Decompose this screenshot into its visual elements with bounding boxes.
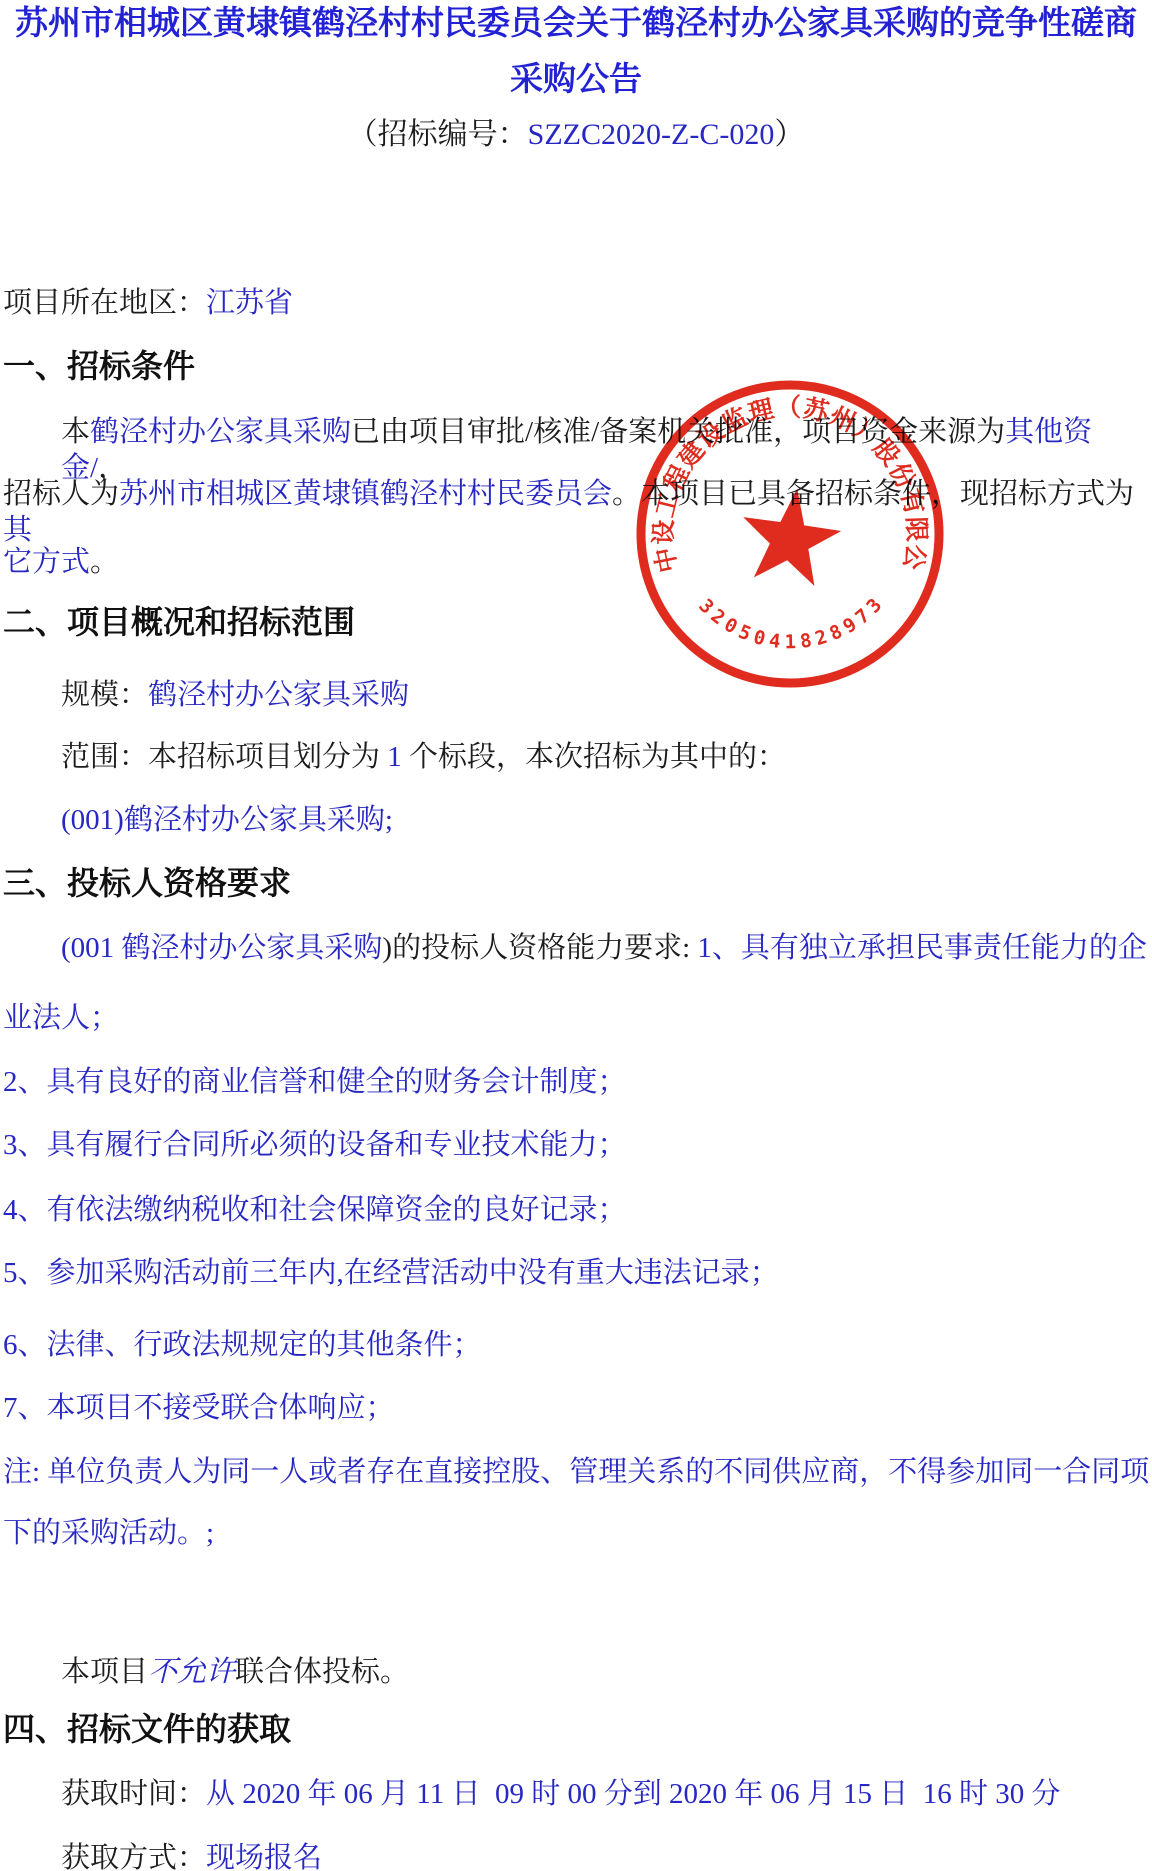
qualification-item6: 6、法律、行政法规规定的其他条件； [3, 1327, 1150, 1363]
text-run: )的投标人资格能力要求: [382, 932, 697, 964]
text-run: 下的采购活动。; [3, 1517, 214, 1549]
text-run: 1 [387, 741, 402, 773]
text-run: 它方式 [3, 546, 90, 578]
tender-reference-line: （招标编号：SZZC2020-Z-C-020） [0, 116, 1152, 154]
text-run: SZZC2020-Z-C-020 [528, 118, 775, 151]
text-run: 已由项目审批/核准/备案机关批准，项目资金来源为 [351, 416, 1005, 448]
conditions-paragraph-line3: 它方式。 [3, 544, 1150, 580]
text-run: 鹤泾村办公家具采购 [148, 679, 409, 711]
text-run: (001 鹤泾村办公家具采购 [61, 932, 382, 964]
qualification-note-line1: 注: 单位负责人为同一人或者存在直接控股、管理关系的不同供应商，不得参加同一合同… [3, 1454, 1150, 1490]
text-run: 获取方式： [61, 1842, 206, 1871]
project-location-line: 项目所在地区：江苏省 [3, 285, 1150, 321]
qualification-note-line2: 下的采购活动。; [3, 1515, 1150, 1551]
text-run: 。 [90, 546, 119, 578]
text-run: 联合体投标。 [235, 1656, 409, 1688]
doc-title-line2: 采购公告 [0, 58, 1152, 99]
procurement-announcement-page: 苏州市相城区黄埭镇鹤泾村村民委员会关于鹤泾村办公家具采购的竞争性磋商 采购公告 … [0, 0, 1152, 1871]
text-run: 6、法律、行政法规规定的其他条件； [3, 1329, 482, 1361]
text-run: 4、有依法缴纳税收和社会保障资金的良好记录； [3, 1194, 627, 1226]
section-2-heading: 二、项目概况和招标范围 [3, 602, 1150, 642]
section-1-heading: 一、招标条件 [3, 346, 1150, 386]
conditions-paragraph-line2: 招标人为苏州市相城区黄埭镇鹤泾村村民委员会。本项目已具备招标条件，现招标方式为其 [3, 476, 1150, 549]
acquisition-time-line: 获取时间：从 2020 年 06 月 11 日 09 时 00 分到 2020 … [3, 1776, 1150, 1812]
text-run: ） [774, 118, 804, 151]
text-run: 本项目 [61, 1656, 148, 1688]
text-run: 江苏省 [206, 287, 293, 319]
text-run: 其 [3, 514, 32, 546]
lot-line: (001)鹤泾村办公家具采购; [3, 802, 1150, 838]
text-run: (001)鹤泾村办公家具采购; [61, 804, 393, 836]
text-run: 苏州市相城区黄埭镇鹤泾村村民委员会 [119, 478, 612, 510]
text-run: 业法人； [3, 1002, 119, 1034]
text-run: 2、具有良好的商业信誉和健全的财务会计制度； [3, 1066, 627, 1098]
text-run: 个标段，本次招标为其中的： [402, 741, 786, 773]
section-4-heading: 四、招标文件的获取 [3, 1709, 1150, 1749]
text-run: 。本项目已具备招标条件，现招标方式为 [612, 478, 1134, 510]
text-run: 5、参加采购活动前三年内,在经营活动中没有重大违法记录； [3, 1257, 779, 1289]
text-run: 本 [61, 416, 90, 448]
qualification-item3: 3、具有履行合同所必须的设备和专业技术能力； [3, 1127, 1150, 1163]
project-scale-line: 规模：鹤泾村办公家具采购 [3, 677, 1150, 713]
text-run: 现场报名 [206, 1842, 322, 1871]
acquisition-method-line: 获取方式：现场报名 [3, 1840, 1150, 1871]
doc-title-line1: 苏州市相城区黄埭镇鹤泾村村民委员会关于鹤泾村办公家具采购的竞争性磋商 [0, 2, 1152, 43]
text-run: 3、具有履行合同所必须的设备和专业技术能力； [3, 1129, 627, 1161]
qualification-line2: 业法人； [3, 1000, 1150, 1036]
qualification-item2: 2、具有良好的商业信誉和健全的财务会计制度； [3, 1064, 1150, 1100]
text-run: 招标人为 [3, 478, 119, 510]
qualification-item4: 4、有依法缴纳税收和社会保障资金的良好记录； [3, 1192, 1150, 1228]
joint-venture-line: 本项目不允许联合体投标。 [3, 1654, 1150, 1690]
text-run: 1、具有独立承担民事责任能力的企 [697, 932, 1147, 964]
text-run: （招标编号： [348, 118, 528, 151]
text-run: 项目所在地区： [3, 287, 206, 319]
text-run: 规模： [61, 679, 148, 711]
text-run: 7、本项目不接受联合体响应； [3, 1392, 395, 1424]
qualification-line1: (001 鹤泾村办公家具采购)的投标人资格能力要求: 1、具有独立承担民事责任能… [3, 930, 1150, 966]
text-run: 获取时间： [61, 1778, 206, 1810]
qualification-item7: 7、本项目不接受联合体响应； [3, 1390, 1150, 1426]
project-scope-line: 范围：本招标项目划分为 1 个标段，本次招标为其中的： [3, 739, 1150, 775]
text-run: 不允许 [148, 1656, 235, 1688]
text-run: 范围：本招标项目划分为 [61, 741, 387, 773]
section-3-heading: 三、投标人资格要求 [3, 863, 1150, 903]
text-run: 注: 单位负责人为同一人或者存在直接控股、管理关系的不同供应商，不得参加同一合同… [3, 1456, 1149, 1488]
qualification-item5: 5、参加采购活动前三年内,在经营活动中没有重大违法记录； [3, 1255, 1150, 1291]
text-run: 鹤泾村办公家具采购 [90, 416, 351, 448]
text-run: 从 2020 年 06 月 11 日 09 时 00 分到 2020 年 06 … [206, 1778, 1060, 1810]
